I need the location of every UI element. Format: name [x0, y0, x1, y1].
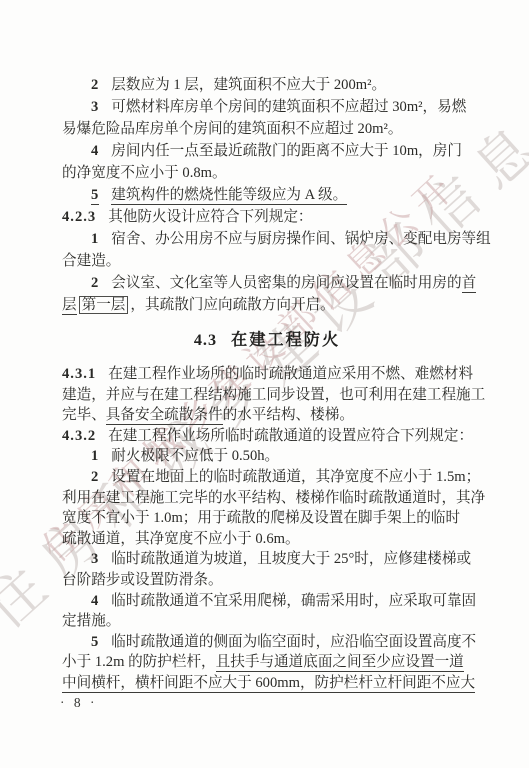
text-line: 层第一层，其疏散门应向疏散方向开启。 — [62, 294, 472, 316]
text-line: 4.3.1在建工程作业场所的临时疏散通道应采用不燃、难燃材料 — [62, 364, 472, 385]
text-line: 小于 1.2m 的防护栏杆，且扶手与通道底面之间至少应设置一道 — [62, 652, 472, 673]
clause-number: 3 — [91, 551, 99, 567]
body-text: 房间内任一点至最近疏散门的距离不应大于 10m，房门 — [111, 143, 462, 159]
text-line: 中间横杆，横杆间距不应大于 600mm，防护栏杆立杆间距不应大 — [62, 673, 472, 694]
body-text: 宽度不宜小于 1.0m；用于疏散的爬梯及设置在脚手架上的临时 — [62, 510, 460, 526]
body-text: 的净宽度不应小于 0.8m。 — [62, 165, 227, 181]
body-text: 合建造。 — [62, 253, 120, 269]
body-text: 临时疏散通道的侧面为临空面时，应沿临空面设置高度不 — [111, 634, 476, 650]
body-text: 在建工程作业场所临时疏散通道的设置应符合下列规定： — [108, 428, 473, 444]
text-line: 3临时疏散通道为坡道，且坡度大于 25°时，应修建楼梯或 — [62, 549, 472, 570]
text-line: 3可燃材料库房单个房间的建筑面积不应超过 30m²，易燃 — [62, 96, 472, 118]
text-line: 1耐火极限不应低于 0.50h。 — [62, 446, 472, 467]
body-text: 耐火极限不应低于 0.50h。 — [111, 448, 279, 464]
body-text: 疏散通道，其净宽度不应小于 0.6m。 — [62, 531, 300, 547]
section-heading: 4.3在建工程防火 — [62, 328, 472, 352]
body-text: 建造，并应与在建工程结构施工同步设置，也可利用在建工程施工 — [62, 387, 485, 403]
body-text: 完毕、 — [62, 407, 106, 423]
text-line: 5建筑构件的燃烧性能等级应为 A 级。 — [62, 184, 472, 206]
clause-number: 1 — [91, 448, 99, 464]
clause-number: 4.3.2 — [62, 428, 96, 444]
body-text: 在建工程作业场所的临时疏散通道应采用不燃、难燃材料 — [108, 366, 473, 382]
text-line: 5临时疏散通道的侧面为临空面时，应沿临空面设置高度不 — [62, 632, 472, 653]
underlined-revision-text: 中间横杆，横杆间距不应大于 600mm，防护栏杆立杆间距不应大 — [62, 675, 475, 693]
text-line: 建造，并应与在建工程结构施工同步设置，也可利用在建工程施工 — [62, 385, 472, 406]
body-text: 利用在建工程施工完毕的水平结构、楼梯作临时疏散通道时，其净 — [62, 490, 485, 506]
clause-number: 2 — [91, 275, 99, 291]
clauses-section-4-3: 4.3.1在建工程作业场所的临时疏散通道应采用不燃、难燃材料建造，并应与在建工程… — [62, 364, 472, 694]
body-text: 其他防火设计应符合下列规定： — [108, 209, 312, 225]
text-line: 的净宽度不应小于 0.8m。 — [62, 162, 472, 184]
text-line: 4.2.3其他防火设计应符合下列规定： — [62, 206, 472, 228]
body-text: 可燃材料库房单个房间的建筑面积不应超过 30m²，易燃 — [111, 99, 466, 115]
text-line: 4房间内任一点至最近疏散门的距离不应大于 10m，房门 — [62, 140, 472, 162]
text-line: 定措施。 — [62, 611, 472, 632]
text-line: 4临时疏散通道不宜采用爬梯，确需采用时，应采取可靠固 — [62, 591, 472, 612]
underlined-revision-text: 首 — [462, 275, 477, 293]
body-text: 宿舍、办公用房不应与厨房操作间、锅炉房、变配电房等组 — [111, 231, 490, 247]
clause-number: 4 — [91, 143, 99, 159]
underlined-revision-text: 建筑构件的燃烧性能等级应为 A 级。 — [111, 187, 347, 205]
text-line: 4.3.2在建工程作业场所临时疏散通道的设置应符合下列规定： — [62, 426, 472, 447]
clause-number: 4.3.1 — [62, 366, 96, 382]
text-line: 2设置在地面上的临时疏散通道，其净宽度不应小于 1.5m； — [62, 467, 472, 488]
text-line: 2会议室、文化室等人员密集的房间应设置在临时用房的首 — [62, 272, 472, 294]
underlined-revision-text: 层 — [62, 297, 77, 315]
boxed-revision-text: 第一层 — [79, 296, 129, 314]
body-text: 临时疏散通道为坡道，且坡度大于 25°时，应修建楼梯或 — [111, 551, 471, 567]
text-line: 1宿舍、办公用房不应与厨房操作间、锅炉房、变配电房等组 — [62, 228, 472, 250]
clause-number: 2 — [91, 77, 99, 93]
document-body: 2层数应为 1 层，建筑面积不应大于 200m²。3可燃材料库房单个房间的建筑面… — [62, 74, 472, 694]
body-text: 台阶踏步或设置防滑条。 — [62, 572, 223, 588]
clause-number: 1 — [91, 231, 99, 247]
body-text: 易爆危险品库房单个房间的建筑面积不应超过 20m²。 — [62, 121, 402, 137]
section-heading-title: 在建工程防火 — [231, 331, 340, 349]
clauses-section-4-2: 2层数应为 1 层，建筑面积不应大于 200m²。3可燃材料库房单个房间的建筑面… — [62, 74, 472, 316]
section-heading-number: 4.3 — [194, 331, 217, 349]
clause-number: 5 — [91, 187, 99, 205]
body-text: 定措施。 — [62, 613, 120, 629]
text-line: 疏散通道，其净宽度不应小于 0.6m。 — [62, 529, 472, 550]
body-text: 设置在地面上的临时疏散通道，其净宽度不应小于 1.5m； — [111, 469, 480, 485]
text-line: 利用在建工程施工完毕的水平结构、楼梯作临时疏散通道时，其净 — [62, 488, 472, 509]
body-text: 会议室、文化室等人员密集的房间应设置在临时用房的 — [111, 275, 461, 291]
underlined-revision-text: 具备安全疏散条件 — [106, 407, 223, 425]
clause-number: 4 — [91, 593, 99, 609]
underlined-revision-text: 且扶手与通道底面之间至少应设置一道 — [216, 654, 464, 672]
body-text: ，其疏散门应向疏散方向开启。 — [130, 297, 334, 313]
text-line: 宽度不宜小于 1.0m；用于疏散的爬梯及设置在脚手架上的临时 — [62, 508, 472, 529]
body-text: 的水平结构、楼梯。 — [223, 407, 354, 423]
text-line: 台阶踏步或设置防滑条。 — [62, 570, 472, 591]
clause-number: 2 — [91, 469, 99, 485]
text-line: 易爆危险品库房单个房间的建筑面积不应超过 20m²。 — [62, 118, 472, 140]
text-line: 完毕、具备安全疏散条件的水平结构、楼梯。 — [62, 405, 472, 426]
text-line: 合建造。 — [62, 250, 472, 272]
body-text: 小于 1.2m 的防护栏杆， — [62, 654, 216, 670]
scanned-standard-page: 住房和城乡建设部信息公开 住房和城乡建设部信息公开 2层数应为 1 层，建筑面积… — [0, 0, 529, 768]
text-line: 2层数应为 1 层，建筑面积不应大于 200m²。 — [62, 74, 472, 96]
body-text: 层数应为 1 层，建筑面积不应大于 200m²。 — [111, 77, 386, 93]
clause-number: 3 — [91, 99, 99, 115]
page-number: · 8 · — [60, 695, 98, 711]
body-text: 临时疏散通道不宜采用爬梯，确需采用时，应采取可靠固 — [111, 593, 476, 609]
clause-number: 5 — [91, 634, 99, 650]
clause-number: 4.2.3 — [62, 209, 96, 225]
